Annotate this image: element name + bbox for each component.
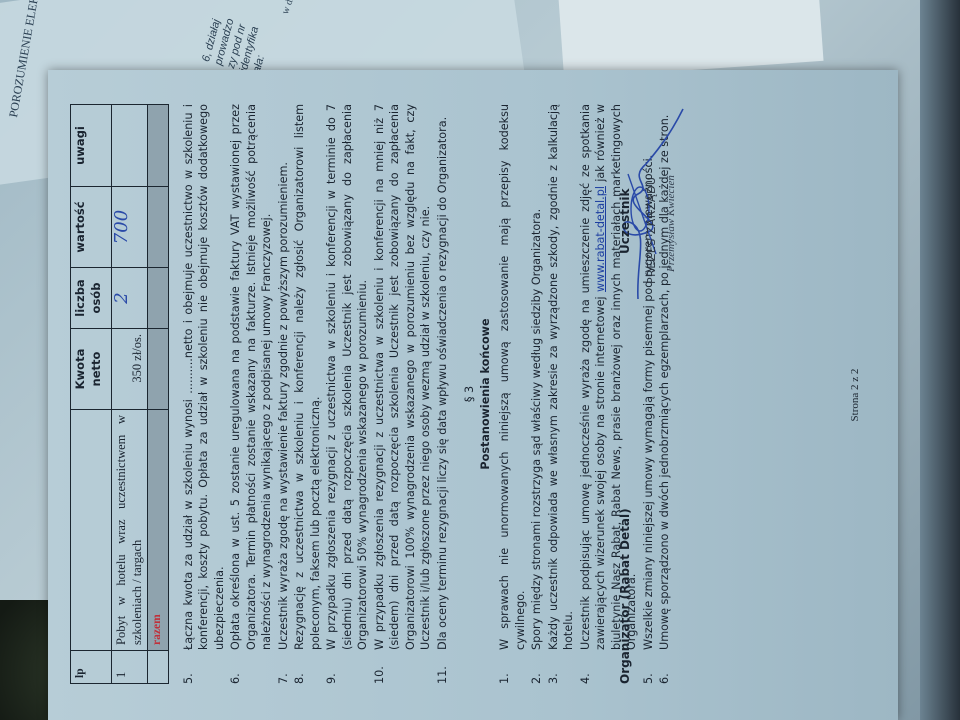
header-amount: Kwota netto	[71, 329, 112, 410]
item-number: 9.	[324, 673, 340, 684]
row-notes	[112, 105, 148, 187]
background-sheet-right	[556, 0, 823, 79]
item-text: Rezygnację z uczestnictwa w szkoleniu i …	[293, 104, 322, 650]
list-item: 5.Łączna kwota za udział w szkoleniu wyn…	[181, 104, 228, 654]
organizer-label: Organizator (Rabat Detal)	[618, 508, 634, 684]
item-text: Każdy uczestnik odpowiada we własnym zak…	[547, 104, 576, 650]
section-title: Postanowienia końcowe	[478, 104, 494, 684]
header-persons: liczba osób	[71, 268, 112, 329]
item-text: W przypadku zgłoszenia rezygnacji z ucze…	[325, 104, 369, 650]
signature-area: Organizator (Rabat Detal) Uczestnik PREZ…	[608, 104, 748, 684]
list-item: 2.Spory między stronami rozstrzyga sąd w…	[529, 104, 545, 654]
item-number: 10.	[372, 666, 388, 684]
item-number: 2.	[529, 673, 545, 684]
participant-label: Uczestnik	[618, 189, 634, 255]
item-text: Łączna kwota za udział w szkoleniu wynos…	[182, 104, 226, 650]
table-total-row: razem	[148, 105, 169, 684]
row-amount: 350 zł/os.	[112, 329, 148, 410]
list-item: 1.W sprawach nie unormowanych niniejszą …	[497, 104, 528, 654]
header-notes: uwagi	[71, 105, 112, 187]
row-lp: 1	[112, 651, 148, 684]
list-item: 10.W przypadku zgłoszenia rezygnacji z u…	[372, 104, 434, 654]
item-number: 1.	[497, 673, 513, 684]
list-item: 3.Każdy uczestnik odpowiada we własnym z…	[546, 104, 577, 654]
stamp-name: Przemysław Kwiecień	[664, 175, 680, 272]
list-item: 6.Opłata określona w ust. 5 zostanie ure…	[228, 104, 275, 654]
item-number: 7.	[276, 673, 292, 684]
stamp-title: PREZES ZARZĄDU	[644, 177, 660, 284]
document-photo: lp Kwota netto liczba osób wartość uwagi…	[48, 70, 898, 720]
list-item: 9.W przypadku zgłoszenia rezygnacji z uc…	[324, 104, 371, 654]
item-text: Dla oceny terminu rezygnacji liczy się d…	[436, 117, 449, 650]
item-text: W sprawach nie unormowanych niniejszą um…	[498, 104, 527, 650]
item-text: Opłata określona w ust. 5 zostanie uregu…	[229, 104, 273, 650]
header-lp: lp	[71, 651, 112, 684]
section2-list: 5.Łączna kwota za udział w szkoleniu wyn…	[181, 104, 451, 684]
item-number: 6.	[228, 673, 244, 684]
list-item: 8.Rezygnację z uczestnictwa w szkoleniu …	[292, 104, 323, 654]
item-number: 3.	[546, 673, 562, 684]
total-label: razem	[148, 410, 169, 651]
item-text: W przypadku zgłoszenia rezygnacji z ucze…	[373, 104, 433, 650]
list-item: 11.Dla oceny terminu rezygnacji liczy si…	[435, 104, 451, 654]
background-dark-edge	[920, 0, 960, 720]
cost-table: lp Kwota netto liczba osób wartość uwagi…	[70, 104, 169, 684]
section-number: § 3	[462, 104, 478, 684]
header-description	[71, 410, 112, 651]
item-number: 8.	[292, 673, 308, 684]
item-text: Spory między stronami rozstrzyga sąd wła…	[530, 209, 543, 650]
page-footer: Strona 2 z 2	[848, 70, 864, 720]
item-number: 11.	[435, 666, 451, 684]
cost-table-header: lp Kwota netto liczba osób wartość uwagi	[71, 105, 112, 684]
row-description: Pobyt w hotelu wraz uczestnictwem w szko…	[112, 410, 148, 651]
item-number: 5.	[181, 673, 197, 684]
row-persons: 2	[112, 268, 148, 329]
table-row: 1 Pobyt w hotelu wraz uczestnictwem w sz…	[112, 105, 148, 684]
row-value: 700	[112, 187, 148, 268]
item-number: 4.	[578, 673, 594, 684]
item-text: Uczestnik wyraża zgodę na wystawienie fa…	[277, 162, 290, 650]
header-value: wartość	[71, 187, 112, 268]
list-item: 7.Uczestnik wyraża zgodę na wystawienie …	[276, 104, 292, 654]
document-page: lp Kwota netto liczba osób wartość uwagi…	[48, 70, 898, 720]
